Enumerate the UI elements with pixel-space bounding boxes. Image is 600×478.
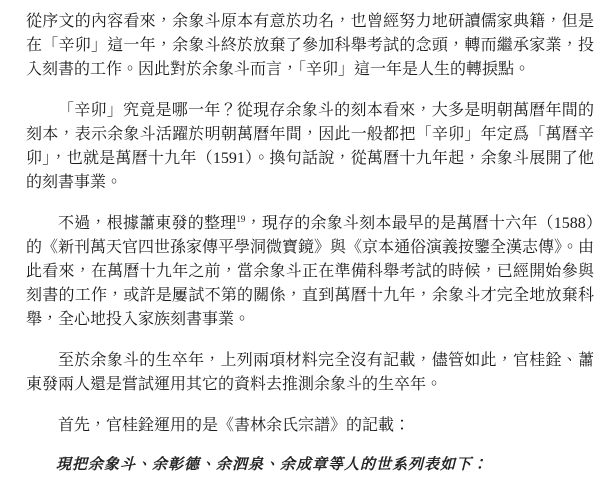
body-paragraph-4: 至於余象斗的生卒年，上列兩項材料完全沒有記載，儘管如此，官桂銓、蕭東發兩人還是嘗… [26, 349, 594, 397]
body-paragraph-2: 「辛卯」究竟是哪一年？從現存余象斗的刻本看來，大多是明朝萬曆年間的刻本，表示余象… [26, 99, 594, 195]
paragraph-3-text-before-note: 不過，根據蕭東發的整理 [58, 215, 236, 232]
body-paragraph-3: 不過，根據蕭東發的整理19，現存的余象斗刻本最早的是萬曆十六年（1588）的《新… [26, 212, 594, 332]
footnote-marker-19: 19 [236, 214, 245, 224]
document-page: 從序文的內容看來，余象斗原本有意於功名，也曾經努力地研讀儒家典籍，但是在「辛卯」… [0, 0, 600, 478]
quoted-excerpt: 現把余象斗、余彰德、余泗泉、余成章等人的世系列表如下： [26, 453, 594, 477]
body-paragraph-1: 從序文的內容看來，余象斗原本有意於功名，也曾經努力地研讀儒家典籍，但是在「辛卯」… [26, 10, 594, 82]
text-block: 從序文的內容看來，余象斗原本有意於功名，也曾經努力地研讀儒家典籍，但是在「辛卯」… [26, 10, 594, 477]
body-paragraph-5: 首先，官桂銓運用的是《書林余氏宗譜》的記載： [26, 414, 594, 438]
